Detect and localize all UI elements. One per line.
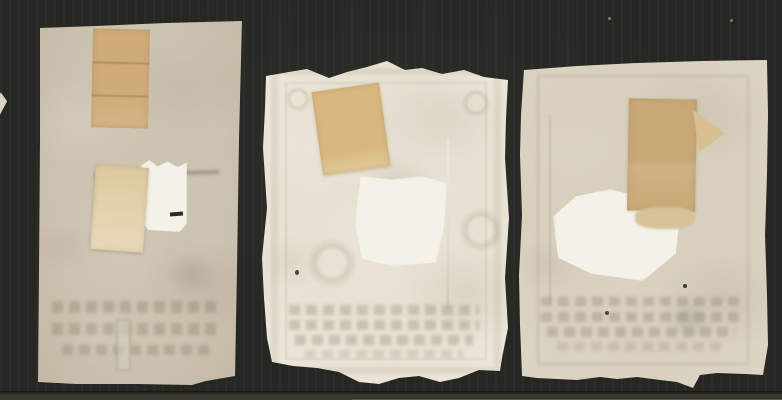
dust-speck bbox=[730, 19, 733, 22]
hinge-remnant-lower bbox=[635, 207, 695, 229]
showthrough-text-line bbox=[541, 312, 741, 322]
showthrough-text-line bbox=[547, 327, 735, 337]
showthrough-text-line bbox=[289, 320, 479, 330]
showthrough-rosette bbox=[459, 86, 493, 120]
hinge-remnant-top bbox=[91, 28, 150, 128]
stray-paper-sliver bbox=[0, 92, 9, 116]
showthrough-medallion bbox=[455, 204, 507, 256]
showthrough-text-line bbox=[289, 305, 479, 315]
showthrough-text-line bbox=[52, 301, 222, 313]
showthrough-text-line bbox=[557, 342, 725, 351]
showthrough-numeral-bar bbox=[116, 319, 131, 371]
stamp-left bbox=[36, 19, 244, 387]
photo-canvas bbox=[0, 0, 782, 400]
showthrough-rosette bbox=[283, 84, 313, 114]
showthrough-text-line bbox=[541, 297, 741, 306]
hinge-remnant-center bbox=[90, 164, 149, 252]
showthrough-text-line bbox=[52, 323, 222, 335]
hinge-crease bbox=[92, 94, 149, 97]
dust-speck bbox=[608, 17, 611, 20]
paper-crease bbox=[447, 138, 449, 308]
hinge-crease bbox=[92, 61, 149, 64]
hinge-remnant bbox=[627, 98, 697, 211]
paper-speck bbox=[295, 270, 299, 275]
hinge-remnant bbox=[311, 83, 390, 176]
gum-smudge bbox=[156, 244, 226, 304]
paper-speck bbox=[683, 284, 687, 288]
stamp-middle bbox=[259, 58, 513, 388]
showthrough-text-line bbox=[295, 335, 473, 345]
showthrough-text-line bbox=[305, 350, 463, 358]
showthrough-border-line bbox=[549, 115, 551, 305]
scan-bottom-band bbox=[0, 391, 782, 400]
showthrough-text-line bbox=[62, 345, 212, 355]
gum-disturbed-patch bbox=[355, 176, 447, 266]
stamp-right bbox=[517, 55, 771, 395]
